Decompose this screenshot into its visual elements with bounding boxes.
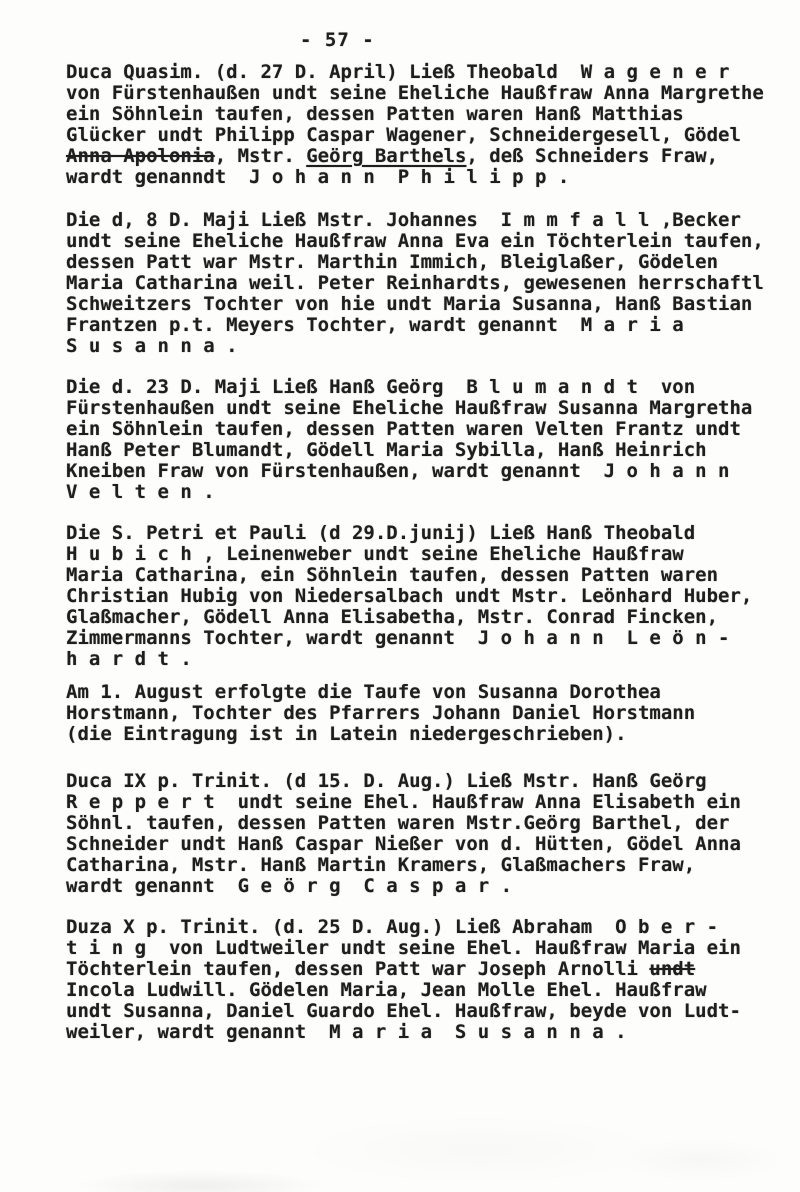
page-number: - 57 - [66,30,796,51]
entry-reppert: Duca IX p. Trinit. (d 15. D. Aug.) Ließ … [66,771,796,897]
underline-text: Geörg Barthels [306,145,466,167]
entry-horstmann: Am 1. August erfolgte die Taufe von Susa… [66,682,796,745]
strike-text: undt [649,958,695,980]
text-segment: Duca IX p. Trinit. (d 15. D. Aug.) Ließ … [66,770,741,897]
text-segment: , Mstr. [215,145,307,167]
entry-oberting: Duza X p. Trinit. (d. 25 D. Aug.) Ließ A… [66,917,796,1043]
text-segment: Die S. Petri et Pauli (d 29.D.junij) Lie… [66,522,752,670]
text-segment: Incola Ludwill. Gödelen Maria, Jean Moll… [66,979,741,1043]
entry-immfall: Die d, 8 D. Maji Ließ Mstr. Johannes I m… [66,210,796,357]
text-segment: Duza X p. Trinit. (d. 25 D. Aug.) Ließ A… [66,916,741,980]
text-segment: Duca Quasim. (d. 27 D. April) Ließ Theob… [66,61,764,146]
scanned-document-page: - 57 - Duca Quasim. (d. 27 D. April) Lie… [0,0,800,1192]
entry-hubich: Die S. Petri et Pauli (d 29.D.junij) Lie… [66,523,796,670]
text-segment: Am 1. August erfolgte die Taufe von Susa… [66,681,695,745]
text-segment: Die d, 8 D. Maji Ließ Mstr. Johannes I m… [66,209,764,357]
text-segment: Die d. 23 D. Maji Ließ Hanß Geörg B l u … [66,376,752,503]
entry-wagener: Duca Quasim. (d. 27 D. April) Ließ Theob… [66,62,796,188]
strike-text: Anna Apolonia [66,145,215,167]
entry-blumandt: Die d. 23 D. Maji Ließ Hanß Geörg B l u … [66,377,796,503]
